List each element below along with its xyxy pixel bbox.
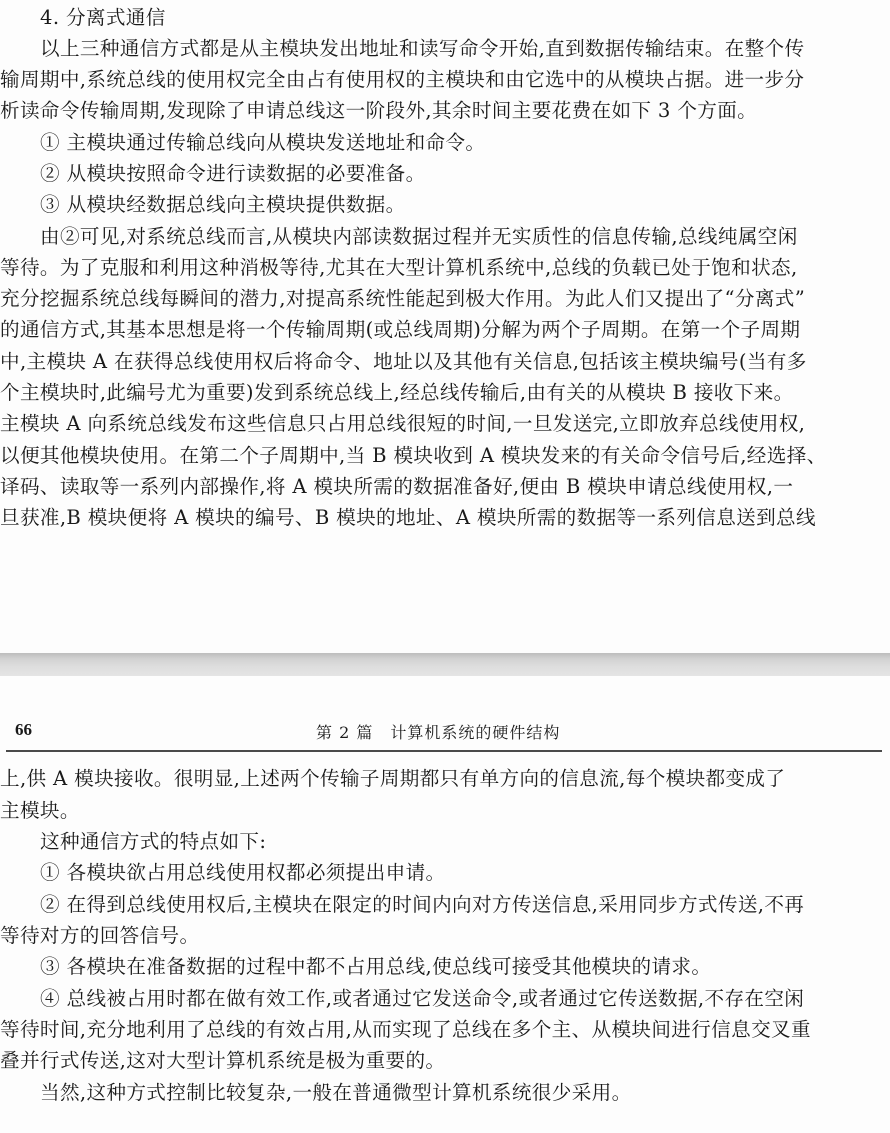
paragraph-line: 个主模块时,此编号尤为重要)发到系统总线上,经总线传输后,由有关的从模块 B 接… xyxy=(0,381,890,405)
paragraph-line: 以便其他模块使用。在第二个子周期中,当 B 模块收到 A 模块发来的有关命令信号… xyxy=(0,444,890,468)
page-top: 4. 分离式通信 以上三种通信方式都是从主模块发出地址和读写命令开始,直到数据传… xyxy=(0,0,890,653)
paragraph-line: 以上三种通信方式都是从主模块发出地址和读写命令开始,直到数据传输结束。在整个传 xyxy=(0,37,890,61)
running-header: 66 第 2 篇 计算机系统的硬件结构 xyxy=(0,720,890,746)
section-heading: 4. 分离式通信 xyxy=(0,6,890,30)
paragraph-line: 等待时间,充分地利用了总线的有效占用,从而实现了总线在多个主、从模块间进行信息交… xyxy=(0,1018,890,1042)
list-item: ④ 总线被占用时都在做有效工作,或者通过它发送命令,或者通过它传送数据,不存在空… xyxy=(0,987,890,1011)
paragraph-line: 等待对方的回答信号。 xyxy=(0,924,890,948)
paragraph-line: 输周期中,系统总线的使用权完全由占有使用权的主模块和由它选中的从模块占据。进一步… xyxy=(0,68,890,92)
paragraph-line: 充分挖掘系统总线每瞬间的潜力,对提高系统性能起到极大作用。为此人们又提出了“分离… xyxy=(0,287,890,311)
paragraph-line: 的通信方式,其基本思想是将一个传输周期(或总线周期)分解为两个子周期。在第一个子… xyxy=(0,318,890,342)
paragraph-line: 由②可见,对系统总线而言,从模块内部读数据过程并无实质性的信息传输,总线纯属空闲 xyxy=(0,225,890,249)
list-item: ① 主模块通过传输总线向从模块发送地址和命令。 xyxy=(0,131,890,155)
list-item: ③ 从模块经数据总线向主模块提供数据。 xyxy=(0,193,890,217)
list-item: ② 从模块按照命令进行读数据的必要准备。 xyxy=(0,162,890,186)
paragraph-line: 等待。为了克服和利用这种消极等待,尤其在大型计算机系统中,总线的负载已处于饱和状… xyxy=(0,256,890,280)
paragraph-line: 译码、读取等一系列内部操作,将 A 模块所需的数据准备好,便由 B 模块申请总线… xyxy=(0,475,890,499)
paragraph-line: 这种通信方式的特点如下: xyxy=(0,830,890,854)
paragraph-line: 旦获准,B 模块便将 A 模块的编号、B 模块的地址、A 模块所需的数据等一系列… xyxy=(0,506,890,530)
page-number: 66 xyxy=(15,720,32,740)
header-title: 第 2 篇 计算机系统的硬件结构 xyxy=(316,720,560,743)
list-item: ② 在得到总线使用权后,主模块在限定的时间内向对方传送信息,采用同步方式传送,不… xyxy=(0,893,890,917)
paragraph-line: 中,主模块 A 在获得总线使用权后将命令、地址以及其他有关信息,包括该主模块编号… xyxy=(0,350,890,374)
paragraph-line: 主模块 A 向系统总线发布这些信息只占用总线很短的时间,一旦发送完,立即放弃总线… xyxy=(0,412,890,436)
page-separator xyxy=(0,653,890,676)
list-item: ③ 各模块在准备数据的过程中都不占用总线,使总线可接受其他模块的请求。 xyxy=(0,955,890,979)
paragraph-line: 上,供 A 模块接收。很明显,上述两个传输子周期都只有单方向的信息流,每个模块都… xyxy=(0,767,890,791)
paragraph-line: 叠并行式传送,这对大型计算机系统是极为重要的。 xyxy=(0,1049,890,1073)
paragraph-line: 主模块。 xyxy=(0,799,890,823)
header-rule xyxy=(6,750,882,752)
paragraph-line: 当然,这种方式控制比较复杂,一般在普通微型计算机系统很少采用。 xyxy=(0,1081,890,1105)
paragraph-line: 析读命令传输周期,发现除了申请总线这一阶段外,其余时间主要花费在如下 3 个方面… xyxy=(0,99,890,123)
list-item: ① 各模块欲占用总线使用权都必须提出申请。 xyxy=(0,861,890,885)
